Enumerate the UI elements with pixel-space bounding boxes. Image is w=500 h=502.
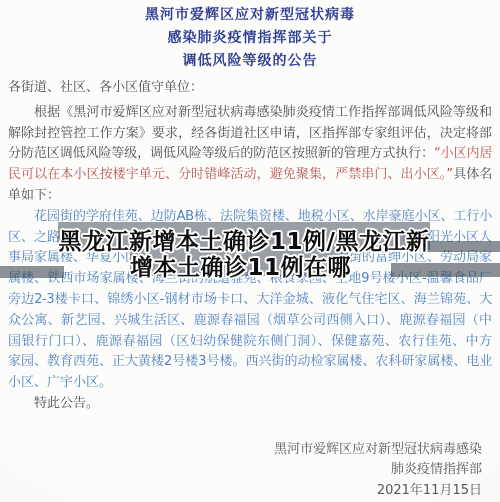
salutation-line: 各街道、社区、各小区值守单位： (8, 78, 492, 99)
emphasis-text: 民可以在本小区按楼宇单元、分时错峰活动，避免聚集，严禁串门、出小区。” (8, 167, 453, 182)
body-line: 解除封控管控工作方案》要求，经各街道社区申请，区指挥部专家组评估，决定将部 (8, 124, 492, 145)
signature-org-line-1: 黑河市爱辉区应对新型冠状病毒感染 (8, 440, 482, 461)
notice-title-line-1: 黑河市爱辉区应对新型冠状病毒 (0, 4, 500, 27)
body-line: 根据《黑河市爱辉区应对新型冠状病毒感染肺炎疫情工作指挥部调低风险等级和 (8, 103, 492, 124)
district-list-fragment: 区、之路佳 (8, 228, 73, 249)
body-line: 民可以在本小区按楼宇单元、分时错峰活动，避免聚集，严禁串门、出小区。”具体名 (8, 165, 492, 186)
district-list-line: 属楼、铁西市场家属楼、海兰街的航道雅苑、粮食家园、土地9号楼小区-温馨食品厂 (8, 269, 492, 290)
body-text: 具体名 (453, 167, 492, 182)
body-line: 单如下： (8, 186, 492, 207)
signature-org-line-2: 肺炎疫情指挥部 (8, 460, 482, 481)
district-list-fragment: 事局家属楼、华夏小区 (8, 248, 138, 269)
district-list-line: 事局家属楼、华夏小区 安街的富绅小区、劳动局家 (8, 248, 492, 269)
district-list-line: 小区、广宇小区。 (8, 373, 492, 394)
body-text: 分防范区调低风险等级，调低风险等级后的防范区按照新的管理方式执行： (8, 146, 434, 161)
notice-title: 黑河市爱辉区应对新型冠状病毒 感染肺炎疫情指挥部关于 调低风险等级的公告 (0, 4, 500, 73)
district-list-fragment: 安街的富绅小区、劳动局家 (336, 248, 492, 269)
district-list-line: 区、之路佳 东方阳光小区人 (8, 228, 492, 249)
closing-line: 特此公告。 (8, 394, 492, 415)
district-list-line: 花园街的学府佳苑、边防AB栋、法院集资楼、地税小区、水岸豪庭小区、工行小 (8, 207, 492, 228)
body-line: 分防范区调低风险等级，调低风险等级后的防范区按照新的管理方式执行：“小区内居 (8, 144, 492, 165)
district-list-line: 旁边2-3楼卡口、锦绣小区-钢材市场卡口、大洋金城、液化气住宅区、海兰锦苑、大 (8, 290, 492, 311)
signature-block: 黑河市爱辉区应对新型冠状病毒感染 肺炎疫情指挥部 2021年11月15日 (8, 440, 482, 502)
notice-body: 各街道、社区、各小区值守单位： 根据《黑河市爱辉区应对新型冠状病毒感染肺炎疫情工… (8, 78, 492, 501)
notice-title-line-2: 感染肺炎疫情指挥部关于 (0, 27, 500, 50)
notice-document: 黑河市爱辉区应对新型冠状病毒 感染肺炎疫情指挥部关于 调低风险等级的公告 各街道… (0, 0, 500, 502)
district-list-line: 众公寓、新艺园、兴城生活区、鹿源春福园（烟草公司西侧入口）、鹿源春福园（中 (8, 311, 492, 332)
signature-date: 2021年11月15日 (8, 481, 482, 502)
district-list-line: 国银行门口）、鹿源春福园（区妇幼保健院东侧门洞）、保健嘉苑、农行佳苑、中方 (8, 332, 492, 353)
district-list-fragment: 东方阳光小区人 (401, 228, 492, 249)
notice-title-line-3: 调低风险等级的公告 (0, 50, 500, 73)
district-list-line: 家园、教育西苑、正大黄楼2号楼3号楼。西兴街的动检家属楼、农科研家属楼、电业 (8, 352, 492, 373)
emphasis-text: “小区内居 (434, 146, 492, 161)
